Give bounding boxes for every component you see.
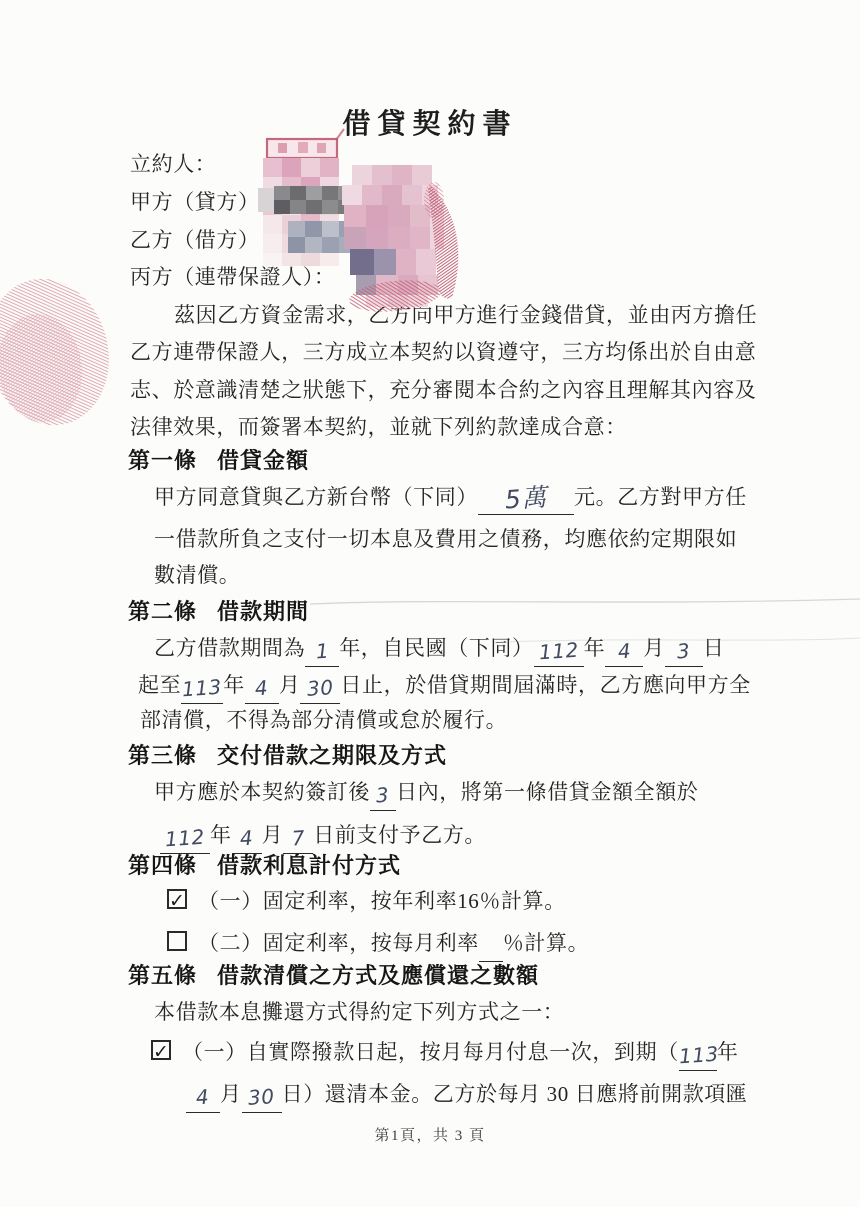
clause5-text: 日）還清本金。乙方於每月 30 日應將前開款項匯 [282,1082,748,1106]
handwritten-amount: 5萬 [504,487,548,512]
handwritten-year-blank: 113 [679,1045,717,1071]
handwritten-start-month: 4 [617,640,632,663]
handwritten-month-blank: 4 [245,678,279,704]
rate-blank [479,936,503,962]
clause3-text: 日前支付予乙方。 [313,823,486,847]
clause1-heading: 第一條借貸金額 [128,446,309,476]
clause2-heading: 第二條借款期間 [128,597,309,627]
clause3-text: 月 [262,823,284,847]
handwritten-due-year: 113 [678,1043,719,1068]
clause4-title: 借款利息計付方式 [217,853,401,878]
clause3-heading: 第三條交付借款之期限及方式 [128,741,447,771]
checkbox-empty-icon [167,931,187,951]
clause5-text: 月 [220,1082,242,1106]
preamble-line: 法律效果，而簽署本契約，並就下列約款達成合意： [130,412,627,442]
clause5-intro: 本借款本息攤還方式得約定下列方式之一： [154,997,564,1027]
clause3-title: 交付借款之期限及方式 [217,743,447,768]
clause1-number: 第一條 [128,448,197,473]
clause2-line2: 起至113年4月30日止，於借貸期間屆滿時，乙方應向甲方全 [138,670,751,704]
clause2-text: 日 [703,636,725,660]
handwritten-start-year: 112 [538,639,579,664]
clause4-number: 第四條 [128,853,197,878]
check-mark: ✓ [169,886,186,916]
party-b-label: 乙方（借方） [130,225,260,255]
clause2-line1: 乙方借款期間為1年，自民國（下同）112年4月3日 [154,633,724,667]
clause5-title: 借款清償之方式及應償還之數額 [217,963,539,988]
clause4-heading: 第四條借款利息計付方式 [128,851,401,881]
handwritten-end-year: 113 [181,676,222,701]
clause1-text: 元。乙方對甲方任 [574,485,747,509]
handwritten-due-month: 4 [196,1086,211,1109]
preamble-line: 乙方連帶保證人，三方成立本契約以資遵守，三方均係出於自由意 [130,337,756,367]
clause1-line3: 數清償。 [154,560,240,590]
handwritten-day-blank: 3 [665,641,703,667]
check-mark: ✓ [153,1037,170,1067]
clause4-option2: （二）固定利率，按每月利率％計算。 [167,928,589,962]
clause2-text: 月 [643,636,665,660]
clause1-line2: 一借款所負之支付一切本息及費用之債務，均應依約定期限如 [154,524,737,554]
fingerprint-left-icon [0,266,124,439]
handwritten-day-blank: 30 [300,678,340,704]
checkbox-checked-icon: ✓ [167,889,187,909]
handwritten-month-blank: 4 [605,641,643,667]
handwritten-year-blank: 112 [534,641,584,667]
handwritten-end-month: 4 [254,677,269,700]
page-number-footer: 第1頁，共 3 頁 [0,1124,860,1145]
fingerprint-right-icon [348,182,459,316]
handwritten-amount-blank: 5萬 [478,489,574,515]
clause5-heading: 第五條借款清償之方式及應償還之數額 [128,961,539,991]
preamble-line: 志、於意識清楚之狀態下，充分審閱本合約之內容且理解其內容及 [130,375,756,405]
handwritten-year-blank: 113 [181,678,223,704]
clause3-text: 甲方應於本契約簽訂後 [154,780,370,804]
redaction-mosaic-seal [263,158,339,266]
handwritten-term: 1 [315,640,330,663]
clause2-text: 日止，於借貸期間屆滿時，乙方應向甲方全 [340,673,750,697]
clause3-number: 第三條 [128,743,197,768]
redaction-mosaic-party-b [288,221,373,253]
party-a-label: 甲方（貸方） [130,187,260,217]
redaction-mosaic-party-a [258,186,354,214]
scanned-loan-contract-page: { "document": { "title": "借貸契約書", "foote… [0,0,860,1207]
clause2-text: 年 [223,673,245,697]
clause1-line1: 甲方同意貸與乙方新台幣（下同）5萬元。乙方對甲方任 [154,482,747,515]
clause2-text: 乙方借款期間為 [154,636,305,660]
clause2-text: 起至 [138,673,181,697]
handwritten-pay-month: 4 [239,827,254,850]
handwritten-month-blank: 4 [186,1087,220,1113]
preamble-line: 茲因乙方資金需求，乙方向甲方進行金錢借貸，並由丙方擔任 [174,300,757,330]
clause4-option2-text: （二）固定利率，按每月利率 [198,931,479,955]
clause2-title: 借款期間 [217,599,309,624]
clause2-number: 第二條 [128,599,197,624]
clause2-text: 年 [584,636,606,660]
clause2-text: 年，自民國（下同） [339,636,533,660]
clause2-text: 月 [279,673,301,697]
handwritten-days: 3 [376,784,391,807]
handwritten-term-blank: 1 [305,641,339,667]
clause3-line1: 甲方應於本契約簽訂後3日內，將第一條借貸金額全額於 [154,777,698,811]
handwritten-end-day: 30 [306,676,334,700]
handwritten-pay-day: 7 [291,827,306,850]
handwritten-days-blank: 3 [370,785,396,811]
handwritten-due-day: 30 [247,1085,275,1109]
clause1-title: 借貸金額 [217,448,309,473]
page-title: 借貸契約書 [0,102,860,142]
clause2-line3: 部清償，不得為部分清償或怠於履行。 [140,705,507,735]
clause3-text: 日內，將第一條借貸金額全額於 [396,780,698,804]
clause5-option1-line2: 4月30日）還清本金。乙方於每月 30 日應將前開款項匯 [186,1079,748,1113]
handwritten-day-blank: 30 [242,1087,282,1113]
clause3-line2: 112年4月7日前支付予乙方。 [160,820,486,854]
checkbox-checked-icon: ✓ [151,1040,171,1060]
parties-intro: 立約人： [130,149,216,179]
handwritten-pay-year: 112 [164,826,205,851]
handwritten-start-day: 3 [676,640,691,663]
clause3-text: 年 [210,823,232,847]
clause5-text: 年 [717,1040,739,1064]
clause5-text: （一）自實際撥款日起，按月每月付息一次，到期（ [182,1040,679,1064]
clause1-text: 甲方同意貸與乙方新台幣（下同） [154,485,478,509]
clause4-option1-text: （一）固定利率，按年利率16％計算。 [198,889,566,913]
party-c-label: 丙方（連帶保證人）： [130,262,336,292]
clause5-option1-line1: ✓（一）自實際撥款日起，按月每月付息一次，到期（113年 [151,1037,738,1071]
clause5-number: 第五條 [128,963,197,988]
clause4-option1: ✓（一）固定利率，按年利率16％計算。 [167,886,566,916]
redaction-mosaic-fingerprint [342,165,444,307]
clause4-option2-text: ％計算。 [503,931,589,955]
